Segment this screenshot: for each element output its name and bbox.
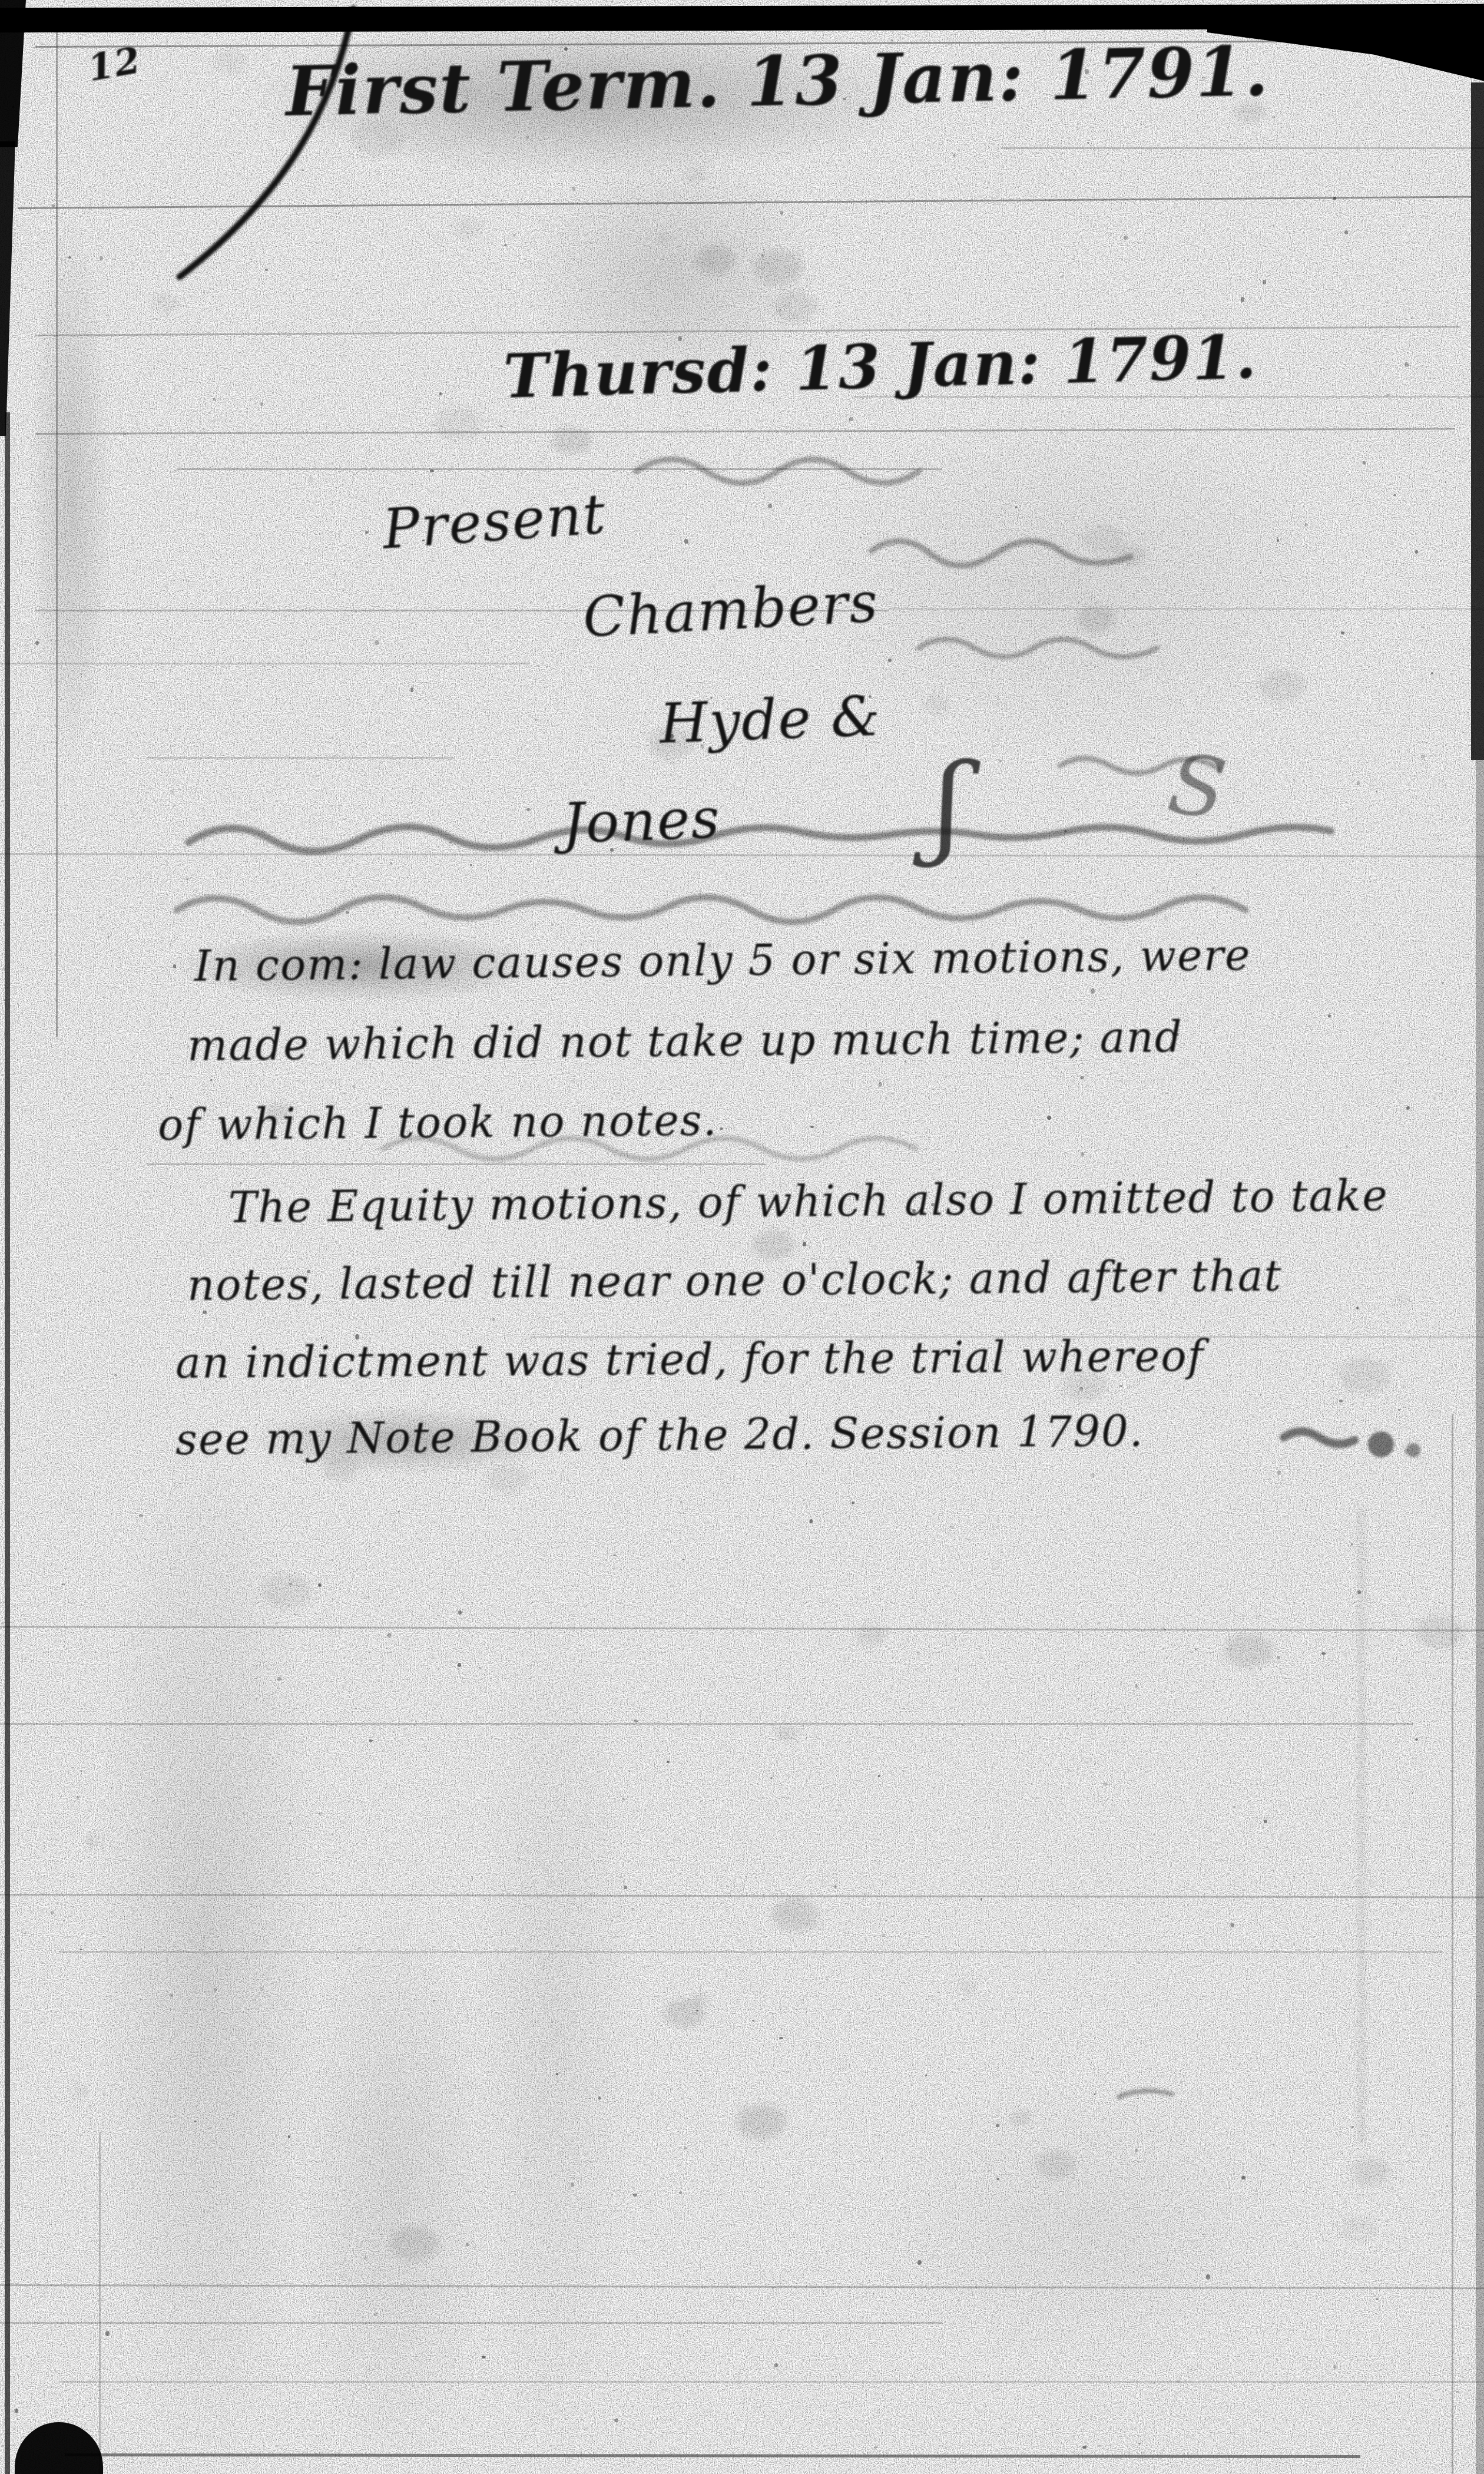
ink-speck <box>844 988 845 990</box>
ink-speck <box>684 1559 685 1560</box>
ink-speck <box>848 1573 851 1577</box>
paper-blotch <box>1416 1615 1464 1649</box>
ink-speck <box>1357 780 1360 785</box>
ink-speck <box>720 1127 724 1130</box>
ink-speck <box>265 269 269 270</box>
margin-line <box>56 24 58 1037</box>
ink-speck <box>1311 1665 1311 1666</box>
ink-speck <box>1138 2443 1141 2445</box>
ink-speck <box>260 402 263 406</box>
ink-speck <box>418 402 419 402</box>
ink-speck <box>1108 1383 1109 1384</box>
ink-speck <box>1193 1602 1194 1603</box>
ink-speck <box>1091 1473 1095 1478</box>
ink-speck <box>1353 1145 1354 1146</box>
ink-speck <box>1061 275 1064 279</box>
ink-speck <box>1406 1106 1410 1110</box>
ink-speck <box>1055 1067 1058 1069</box>
ink-speck <box>680 2135 681 2136</box>
paper-blotch <box>435 407 482 440</box>
judge-name: Hyde & <box>658 684 882 756</box>
paper-blotch <box>1339 2215 1377 2242</box>
ink-speck <box>696 2010 698 2012</box>
ink-speck <box>1264 1820 1267 1823</box>
stray-ink-mark: ʃ <box>933 739 964 869</box>
ink-speck <box>526 808 530 811</box>
ink-speck <box>793 428 793 429</box>
ink-speck <box>365 531 369 534</box>
ink-speck <box>1164 916 1168 920</box>
entry-line: The Equity motions, of which also I omit… <box>228 1170 1389 1232</box>
ink-speck <box>1456 2391 1459 2393</box>
ink-speck <box>1415 1738 1418 1741</box>
ink-speck <box>1087 142 1088 144</box>
ink-speck <box>614 2419 618 2422</box>
paper-blotch <box>151 293 180 313</box>
ink-speck <box>1123 1084 1124 1085</box>
ink-speck <box>910 294 912 296</box>
ink-speck <box>655 904 657 907</box>
ink-speck <box>980 1898 982 1901</box>
ink-speck <box>1213 887 1215 889</box>
scan-edge-left-upper <box>0 141 15 436</box>
ink-speck <box>1064 830 1067 833</box>
ink-speck <box>108 936 110 938</box>
ink-speck <box>1119 1385 1122 1387</box>
ink-speck <box>1421 755 1425 759</box>
ruled-line <box>59 1951 1443 1953</box>
ink-speck <box>1294 181 1295 182</box>
ink-speck <box>387 1633 391 1637</box>
ink-bleed-mark <box>188 827 1331 851</box>
ink-speck <box>920 1653 921 1653</box>
ink-speck <box>1082 2446 1086 2449</box>
ink-speck <box>393 1520 396 1524</box>
ink-speck <box>1431 672 1433 674</box>
ink-speck <box>1196 874 1197 875</box>
ink-speck <box>999 760 1001 763</box>
ink-speck <box>1237 801 1238 803</box>
ink-speck <box>950 1526 953 1529</box>
ink-bleed-mark <box>177 897 1245 922</box>
ink-speck <box>1421 626 1425 629</box>
ink-speck <box>852 1326 853 1327</box>
ink-speck <box>625 717 627 718</box>
entry-line: of which I took no notes. <box>158 1096 718 1150</box>
text-smudge <box>177 931 542 1001</box>
ink-speck <box>1378 1390 1379 1391</box>
ink-speck <box>499 425 503 428</box>
ink-speck <box>1269 166 1270 166</box>
ink-speck <box>170 1097 172 1098</box>
entry-line: notes, lasted till near one o'clock; and… <box>187 1251 1283 1310</box>
ink-speck <box>1080 1076 1084 1079</box>
page-number: 12 <box>85 38 145 90</box>
fold-line <box>99 2132 101 2474</box>
ruled-line <box>0 2322 942 2324</box>
ink-speck <box>353 1085 356 1089</box>
ink-speck <box>1434 2374 1436 2376</box>
ink-speck <box>75 1718 76 1719</box>
ink-speck <box>1411 317 1412 319</box>
ruled-line <box>0 853 1484 857</box>
ink-speck <box>375 640 379 645</box>
ink-speck <box>1397 1778 1398 1780</box>
ink-speck <box>397 1511 399 1513</box>
ink-speck <box>1376 791 1377 792</box>
present-label: Present <box>380 482 608 562</box>
ink-speck <box>1066 1322 1067 1323</box>
ink-speck <box>827 162 829 164</box>
ink-speck <box>1256 1615 1260 1618</box>
ink-speck <box>852 1501 854 1504</box>
ink-speck <box>1091 988 1094 994</box>
ink-speck <box>142 647 143 648</box>
ink-speck <box>319 1812 322 1815</box>
ink-speck <box>466 1074 467 1074</box>
ink-speck <box>173 964 176 968</box>
ink-blot <box>1406 1443 1420 1457</box>
scan-edge-right-lower <box>1476 760 1484 2474</box>
scan-edge-top-left <box>0 0 26 147</box>
ink-speck <box>849 417 853 421</box>
scan-blob-bottom-left <box>15 2422 103 2474</box>
ink-speck <box>680 1501 683 1503</box>
ink-bleed-mark <box>1284 1431 1354 1444</box>
fold-line <box>1357 1508 1366 2144</box>
ruled-line <box>1001 147 1484 149</box>
stain <box>94 1425 318 2474</box>
ink-speck <box>679 2191 682 2194</box>
ink-speck <box>1393 494 1396 497</box>
ink-speck <box>613 1554 617 1557</box>
ink-speck <box>1339 1400 1343 1403</box>
ink-speck <box>323 213 324 214</box>
ink-speck <box>492 1318 494 1321</box>
ink-speck <box>150 968 151 970</box>
ink-speck <box>1263 280 1266 285</box>
ruled-line <box>147 1163 766 1165</box>
ink-speck <box>385 1619 385 1620</box>
stain <box>294 1897 495 2474</box>
ink-speck <box>925 2075 927 2076</box>
ink-speck <box>392 1731 396 1734</box>
ink-speck <box>15 2409 18 2413</box>
ink-speck <box>1398 1409 1400 1411</box>
ink-speck <box>458 1610 462 1614</box>
ink-speck <box>555 1 557 2</box>
ink-speck <box>207 780 208 782</box>
ink-speck <box>251 340 252 340</box>
ruled-line <box>889 608 1484 610</box>
ink-speck <box>367 1596 370 1598</box>
ink-speck <box>504 244 507 246</box>
paper-blotch <box>772 1899 818 1931</box>
ink-speck <box>1233 274 1234 275</box>
ink-speck <box>309 477 313 482</box>
ink-speck <box>1339 2102 1340 2104</box>
ink-speck <box>479 1667 481 1669</box>
ink-speck <box>1356 1307 1359 1309</box>
ink-speck <box>770 1777 773 1780</box>
paper-blotch <box>736 2104 786 2139</box>
ink-speck <box>774 2363 779 2367</box>
ink-speck <box>1415 550 1418 554</box>
ink-speck <box>684 539 688 544</box>
ink-speck <box>633 2194 637 2197</box>
ink-speck <box>874 2446 877 2449</box>
ink-speck <box>203 1311 207 1314</box>
ink-speck <box>262 1483 263 1483</box>
ink-speck <box>1162 1872 1163 1873</box>
ink-speck <box>660 1622 662 1625</box>
ink-speck <box>52 1157 54 1158</box>
manuscript-page: 12 First Term. 13 Jan: 1791. Thursd: 13 … <box>0 0 1484 2474</box>
paper-blotch <box>776 1726 796 1741</box>
ruled-line <box>177 468 942 470</box>
ink-speck <box>834 1885 837 1888</box>
ink-speck <box>768 504 772 508</box>
ink-speck <box>1049 989 1051 990</box>
stain <box>471 1579 636 2474</box>
ink-speck <box>372 751 373 753</box>
paper-blotch <box>1395 1294 1411 1305</box>
ink-speck <box>73 826 75 828</box>
ink-speck <box>1047 1116 1051 1120</box>
ink-speck <box>1412 1792 1413 1794</box>
ruled-line <box>147 757 453 759</box>
ruled-line <box>0 663 530 664</box>
ink-speck <box>100 256 103 260</box>
fold-line <box>1452 1414 1453 2474</box>
ink-speck <box>185 878 189 880</box>
ink-speck <box>1442 982 1443 984</box>
ink-speck <box>302 168 304 171</box>
ink-speck <box>384 439 385 440</box>
ink-speck <box>776 2283 779 2284</box>
ink-speck <box>683 1559 684 1560</box>
ink-speck <box>1290 226 1290 226</box>
ink-speck <box>62 1583 64 1586</box>
ink-speck <box>917 1653 919 1655</box>
ink-speck <box>79 1949 82 1950</box>
ink-speck <box>933 2101 933 2101</box>
ink-speck <box>1032 2058 1034 2060</box>
stain <box>872 2073 1296 2380</box>
ink-speck <box>335 1241 337 1242</box>
paper-blotch <box>487 1464 528 1493</box>
scan-edge-right <box>1471 82 1484 760</box>
ink-speck <box>472 1878 473 1880</box>
ink-speck <box>873 2293 874 2294</box>
paper-blotch <box>214 50 247 74</box>
ink-speck <box>766 1802 767 1802</box>
ink-speck <box>72 1126 74 1128</box>
ink-speck <box>51 1911 54 1914</box>
ink-speck <box>105 2331 110 2336</box>
paper-blotch <box>958 1982 976 1995</box>
ink-speck <box>779 2037 783 2039</box>
paper-blotch <box>664 1999 705 2028</box>
ink-speck <box>213 398 216 401</box>
text-smudge <box>253 1408 559 1473</box>
ink-speck <box>878 1775 880 1778</box>
ink-speck <box>746 2049 746 2050</box>
ink-speck <box>77 1796 79 1798</box>
ink-speck <box>1263 822 1264 823</box>
ink-speck <box>1103 1782 1107 1785</box>
ink-speck <box>564 770 566 772</box>
ink-speck <box>1425 1255 1426 1256</box>
ink-speck <box>1124 236 1128 240</box>
ink-speck <box>552 839 553 840</box>
ink-speck <box>963 277 964 279</box>
ink-blot <box>1368 1431 1394 1457</box>
entry-line: an indictment was tried, for the trial w… <box>175 1331 1205 1388</box>
ink-speck <box>12 1938 14 1940</box>
ink-speck <box>458 1663 461 1667</box>
ink-speck <box>1321 1652 1325 1655</box>
ink-speck <box>1293 1943 1296 1945</box>
ink-speck <box>1272 116 1276 118</box>
ink-speck <box>803 1242 806 1246</box>
ink-speck <box>535 719 537 721</box>
ink-speck <box>667 1761 670 1763</box>
ruled-line <box>0 1723 1413 1725</box>
paper-blotch <box>1224 1633 1273 1668</box>
ink-speck <box>346 911 349 914</box>
ink-speck <box>276 373 278 375</box>
ink-speck <box>1129 1844 1131 1845</box>
ink-speck <box>210 1079 212 1081</box>
ink-speck <box>1079 1387 1083 1391</box>
ink-speck <box>54 1178 55 1179</box>
ink-speck <box>53 1304 54 1305</box>
ink-speck <box>942 2010 943 2011</box>
ink-speck <box>1231 1923 1234 1927</box>
ink-speck <box>767 439 768 441</box>
ink-speck <box>717 1466 718 1467</box>
ink-speck <box>1363 461 1366 465</box>
ink-speck <box>513 234 515 237</box>
ink-speck <box>752 2020 754 2022</box>
ink-speck <box>1341 2153 1343 2154</box>
ink-speck <box>1351 2126 1354 2129</box>
ink-speck <box>1346 1145 1348 1148</box>
ink-speck <box>810 1519 812 1523</box>
paper-blotch <box>70 2085 89 2098</box>
ink-speck <box>1277 1656 1280 1660</box>
entry-line: made which did not take up much time; an… <box>187 1012 1184 1070</box>
ink-speck <box>64 1641 65 1642</box>
ink-speck <box>289 1583 292 1586</box>
ink-speck <box>1233 1806 1235 1808</box>
paper-blotch <box>453 218 483 239</box>
ink-speck <box>634 1719 638 1722</box>
stain <box>29 212 112 772</box>
ink-speck <box>835 1486 836 1487</box>
ink-speck <box>774 1669 777 1671</box>
ink-speck <box>953 154 955 157</box>
ink-speck <box>1376 2298 1379 2300</box>
ink-speck <box>1333 2364 1337 2369</box>
ink-speck <box>1404 1449 1408 1454</box>
ink-speck <box>1334 2094 1335 2095</box>
ink-speck <box>486 877 488 878</box>
ink-speck <box>882 1934 885 1937</box>
ruled-line <box>59 2381 1484 2383</box>
ink-speck <box>704 780 706 781</box>
ink-speck <box>1135 1684 1138 1687</box>
ink-speck <box>482 2356 485 2359</box>
ink-speck <box>1445 481 1446 483</box>
ink-speck <box>318 1583 322 1587</box>
ink-speck <box>83 1753 84 1754</box>
ink-speck <box>1236 2372 1238 2373</box>
ink-speck <box>334 573 337 575</box>
ink-speck <box>275 792 276 793</box>
ink-speck <box>114 1374 117 1377</box>
ink-speck <box>410 687 414 692</box>
ink-speck <box>1180 2081 1183 2083</box>
ink-speck <box>456 1610 458 1612</box>
paper-blotch <box>1339 1358 1390 1394</box>
ink-speck <box>1436 1608 1436 1609</box>
ink-speck <box>314 1613 316 1614</box>
scan-edge-left <box>5 412 10 2474</box>
ink-speck <box>390 862 392 864</box>
ink-speck <box>1328 1014 1331 1017</box>
ruled-line <box>35 428 1455 435</box>
ink-speck <box>449 842 451 844</box>
ink-speck <box>1351 1543 1353 1546</box>
ink-speck <box>369 1739 373 1742</box>
ink-speck <box>1260 1139 1261 1140</box>
ink-speck <box>293 1613 296 1615</box>
ink-speck <box>170 790 174 795</box>
ink-speck <box>1195 1648 1197 1650</box>
ink-speck <box>95 2417 96 2419</box>
ink-speck <box>1402 571 1403 572</box>
ink-speck <box>470 864 472 865</box>
ink-speck <box>125 1371 127 1372</box>
judge-name: Jones <box>561 787 721 856</box>
ink-speck <box>15 861 16 863</box>
ink-speck <box>1277 1470 1281 1475</box>
ink-speck <box>879 1082 882 1087</box>
ink-speck <box>1241 297 1245 302</box>
ink-speck <box>1446 2125 1448 2127</box>
ink-speck <box>306 1092 307 1093</box>
ink-speck <box>1081 1152 1084 1156</box>
ink-speck <box>1068 1769 1070 1771</box>
ink-speck <box>139 1514 143 1517</box>
ink-speck <box>439 392 442 395</box>
ink-speck <box>684 2146 687 2149</box>
ink-speck <box>505 843 505 844</box>
ink-speck <box>1344 230 1348 234</box>
ink-speck <box>99 916 102 918</box>
paper-blotch <box>1351 2158 1390 2185</box>
ink-speck <box>457 1875 458 1876</box>
ruled-line <box>65 2453 1360 2458</box>
ink-speck <box>1404 362 1409 367</box>
ink-speck <box>1139 992 1141 994</box>
ink-speck <box>324 32 326 33</box>
ink-speck <box>810 1126 813 1127</box>
paper-blotch <box>692 1993 707 2005</box>
